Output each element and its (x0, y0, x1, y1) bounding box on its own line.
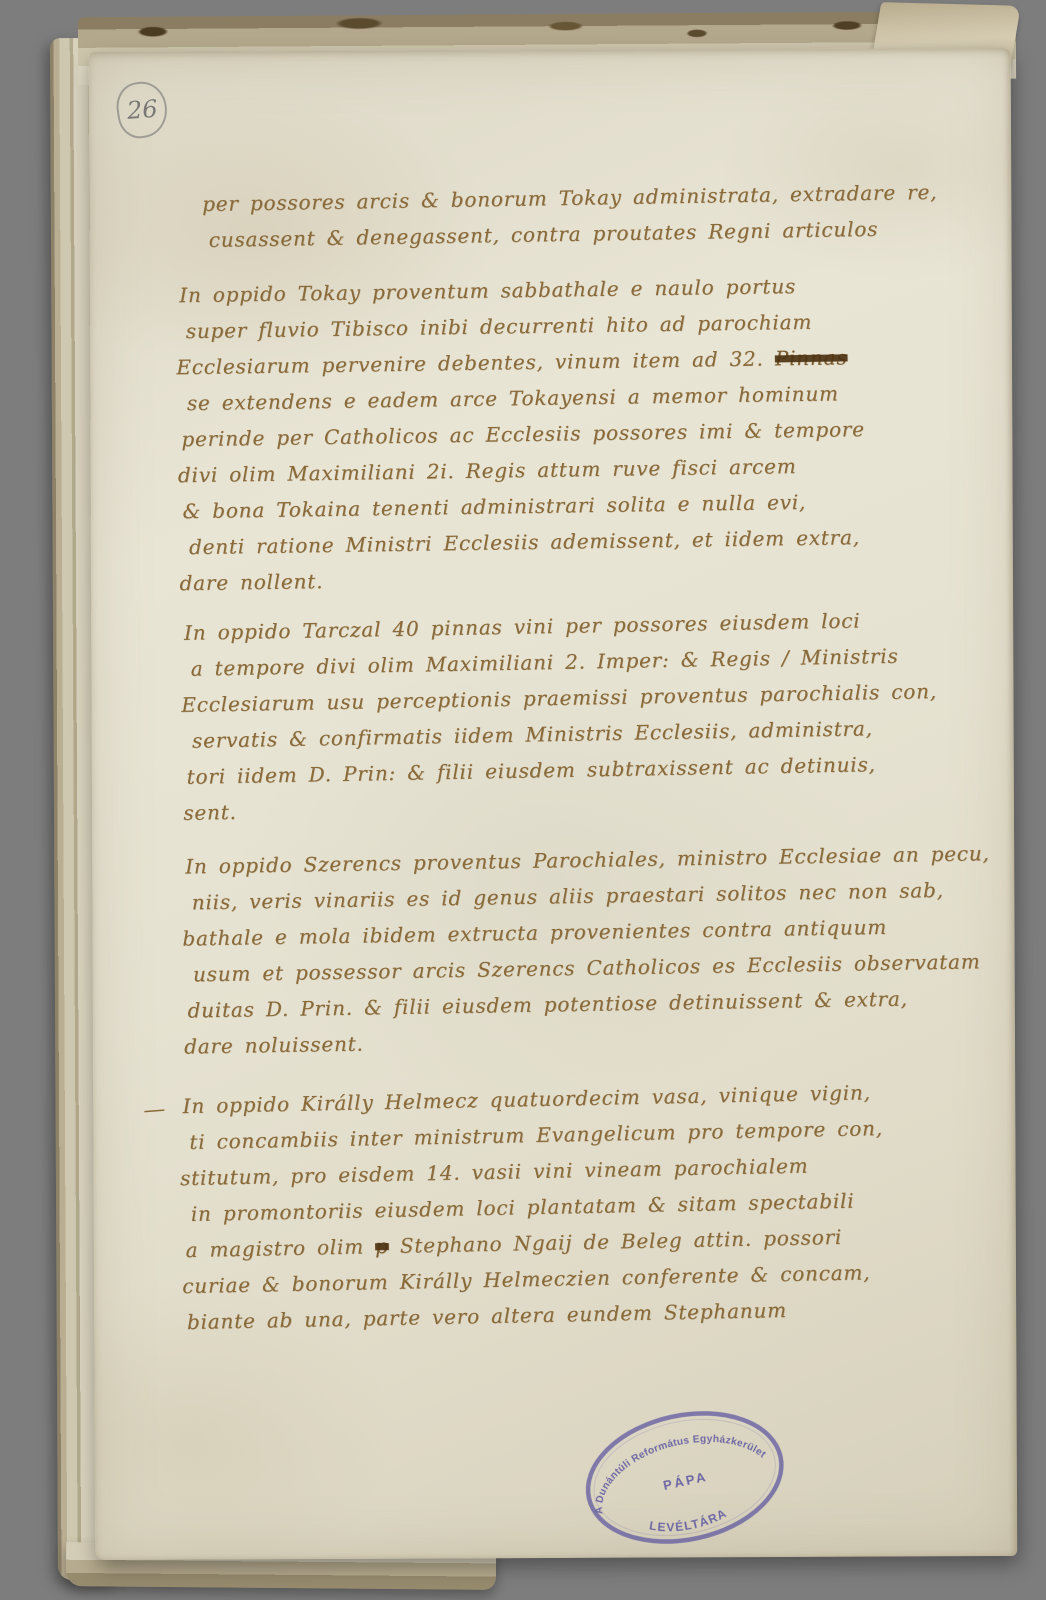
line-segment: a magistro olim (185, 1234, 375, 1262)
paragraph-1: per possores arcis & bonorum Tokay admin… (202, 174, 938, 258)
margin-flourish: — (142, 1097, 164, 1123)
page-number-text: 26 (126, 95, 159, 125)
archive-stamp: A Dunántúli Református Egyházkerület PÁP… (563, 1378, 808, 1578)
crossed-out-word: Pinnas (775, 345, 848, 370)
paragraph-3: In oppido Tarczal 40 pinnas vini per pos… (184, 601, 940, 831)
paragraph-2: In oppido Tokay proventum sabbathale e n… (179, 267, 867, 601)
crossed-out-word: p (375, 1234, 389, 1258)
stamp-arc-text: A Dunántúli Református Egyházkerület (582, 1419, 773, 1516)
line-segment: Stephano Ngaij de Beleg attin. possori (388, 1225, 842, 1258)
paragraph-5: In oppido Királly Helmecz quatuordecim v… (182, 1074, 887, 1340)
line-segment: Ecclesiarum pervenire debentes, vinum it… (176, 346, 775, 379)
stamp-center-text: PÁPA (662, 1469, 709, 1493)
pencil-page-number: 26 (113, 78, 171, 141)
manuscript-page: 26 per possores arcis & bonorum Tokay ad… (89, 48, 1018, 1560)
paragraph-4: In oppido Szerencs proventus Parochiales… (185, 835, 993, 1064)
manuscript-scan: 26 per possores arcis & bonorum Tokay ad… (0, 0, 1046, 1600)
